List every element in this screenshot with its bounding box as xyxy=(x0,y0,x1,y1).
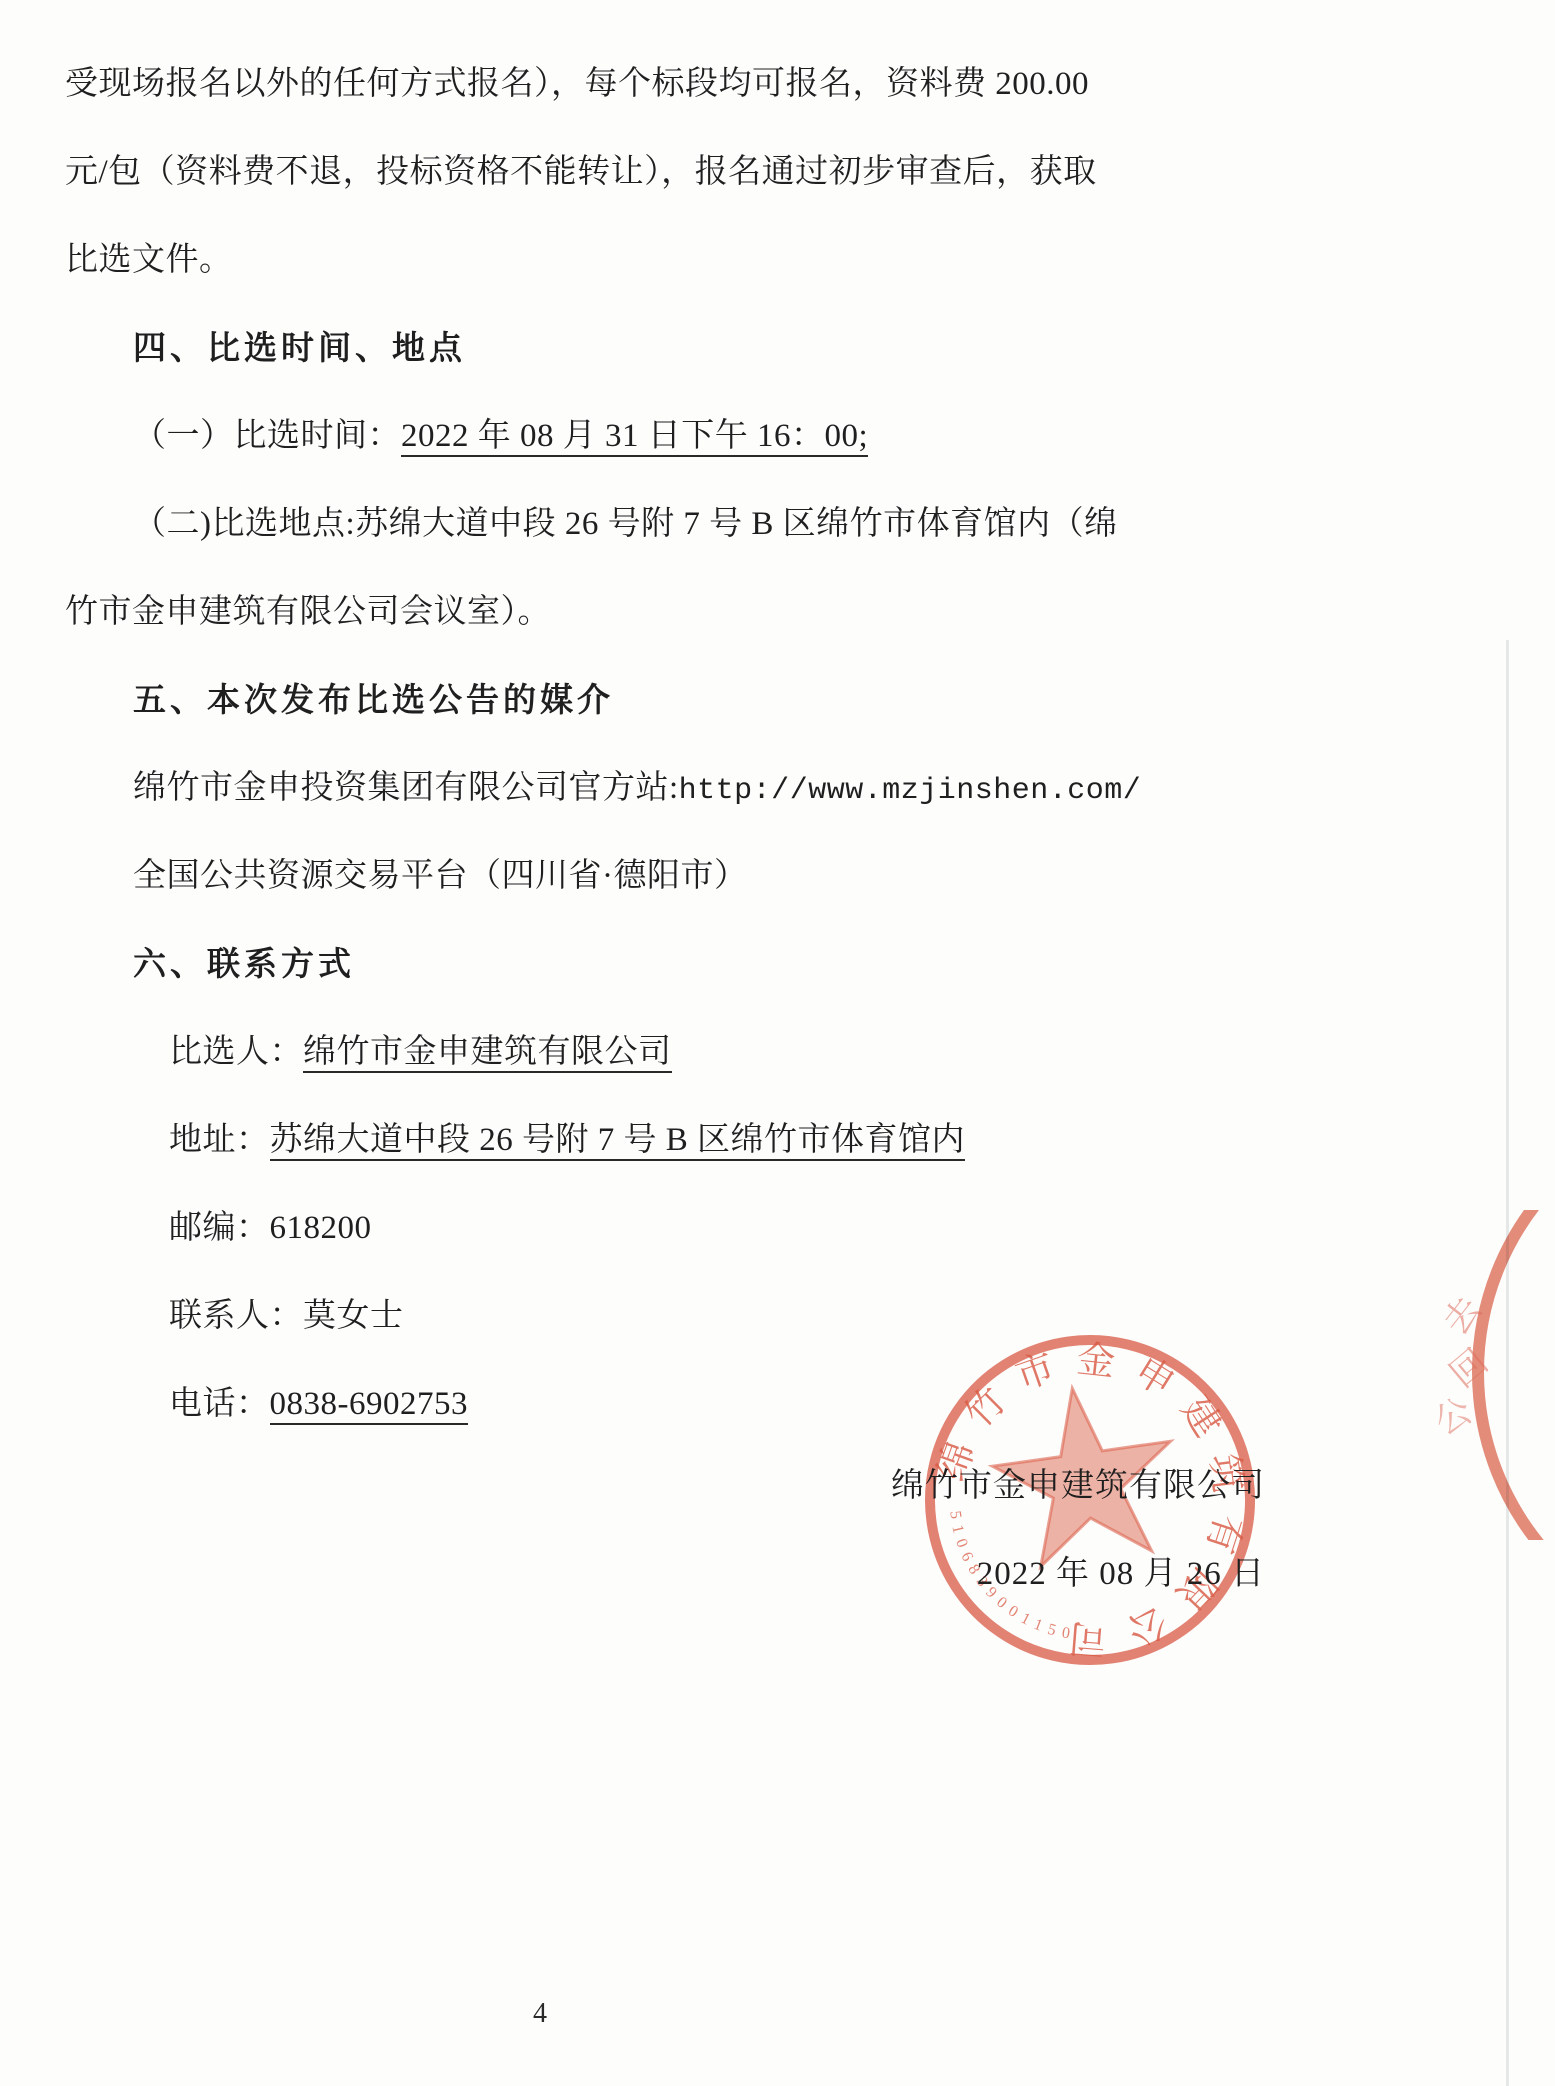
place-value-line1: 苏绵大道中段 26 号附 7 号 B 区绵竹市体育馆内（绵 xyxy=(355,506,1118,542)
intro-line-1: 受现场报名以外的任何方式报名），每个标段均可报名，资料费 200.00 xyxy=(65,40,1245,128)
media-site-prefix: 绵竹市金申投资集团有限公司官方站: xyxy=(133,770,679,806)
address-line: 地址：苏绵大道中段 26 号附 7 号 B 区绵竹市体育馆内 xyxy=(65,1096,1245,1184)
place-line-1: （二)比选地点:苏绵大道中段 26 号附 7 号 B 区绵竹市体育馆内（绵 xyxy=(65,480,1245,568)
person-value: 莫女士 xyxy=(303,1298,404,1334)
person-label: 联系人： xyxy=(169,1298,303,1334)
time-value-underlined: 2022 年 08 月 31 日下午 16：00; xyxy=(401,418,868,457)
time-line: （一）比选时间：2022 年 08 月 31 日下午 16：00; xyxy=(65,392,1245,480)
signature-date: 2022 年 08 月 26 日 xyxy=(700,1530,1265,1618)
edge-seal-char-3: 公 xyxy=(1427,1390,1478,1443)
bidder-value-underlined: 绵竹市金申建筑有限公司 xyxy=(303,1034,672,1073)
signature-company: 绵竹市金申建筑有限公司 xyxy=(700,1442,1265,1530)
place-label: （二)比选地点: xyxy=(133,506,355,542)
zip-label: 邮编： xyxy=(169,1210,270,1246)
media-line-1: 绵竹市金申投资集团有限公司官方站:http://www.mzjinshen.co… xyxy=(65,744,1245,832)
intro-line-2: 元/包（资料费不退，投标资格不能转让），报名通过初步审查后，获取 xyxy=(65,128,1245,216)
phone-value-underlined: 0838-6902753 xyxy=(270,1386,469,1425)
bidder-line: 比选人：绵竹市金申建筑有限公司 xyxy=(65,1008,1245,1096)
media-line-2: 全国公共资源交易平台（四川省·德阳市） xyxy=(65,832,1245,920)
time-label: （一）比选时间： xyxy=(133,418,401,454)
address-label: 地址： xyxy=(169,1122,270,1158)
address-value-underlined: 苏绵大道中段 26 号附 7 号 B 区绵竹市体育馆内 xyxy=(270,1122,966,1161)
phone-label: 电话： xyxy=(169,1386,270,1422)
zip-line: 邮编：618200 xyxy=(65,1184,1245,1272)
bidder-label: 比选人： xyxy=(169,1034,303,1070)
signature-block: 绵竹市金申建筑有限公司 2022 年 08 月 26 日 xyxy=(700,1442,1265,1618)
section-contact-heading: 六、联系方式 xyxy=(65,920,1245,1008)
section-media-heading: 五、本次发布比选公告的媒介 xyxy=(65,656,1245,744)
media-site-url: http://www.mzjinshen.com/ xyxy=(679,774,1142,808)
edge-seal-char-2: 回 xyxy=(1442,1341,1495,1395)
page-number: 4 xyxy=(518,1998,562,2030)
document-body: 受现场报名以外的任何方式报名），每个标段均可报名，资料费 200.00 元/包（… xyxy=(65,40,1245,1448)
zip-value: 618200 xyxy=(270,1210,372,1246)
document-page: 受现场报名以外的任何方式报名），每个标段均可报名，资料费 200.00 元/包（… xyxy=(0,0,1555,2086)
place-line-2: 竹市金申建筑有限公司会议室）。 xyxy=(65,568,1245,656)
intro-line-3: 比选文件。 xyxy=(65,216,1245,304)
section-time-heading: 四、比选时间、地点 xyxy=(65,304,1245,392)
edge-partial-stamp: 去 回 公 xyxy=(1400,1210,1555,1540)
